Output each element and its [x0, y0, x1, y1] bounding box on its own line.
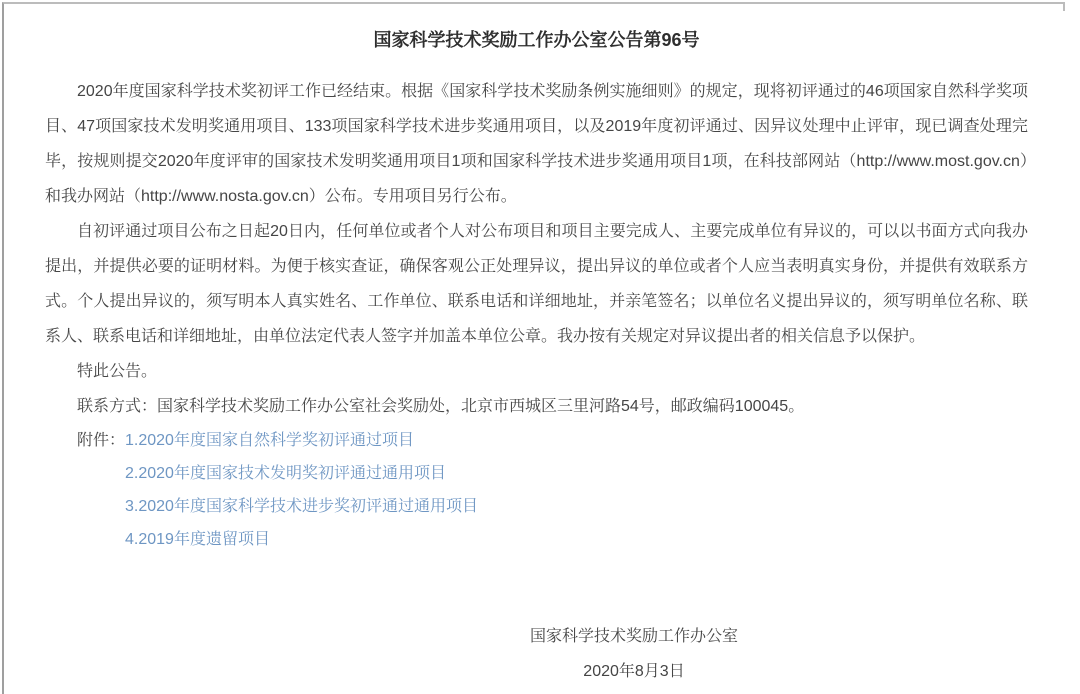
- attachment-link-2019-legacy[interactable]: 4.2019年度遗留项目: [125, 523, 478, 556]
- body-paragraph-intro: 2020年度国家科学技术奖初评工作已经结束。根据《国家科学技术奖励条例实施细则》…: [45, 74, 1028, 214]
- attachment-link-natural-science[interactable]: 1.2020年度国家自然科学奖初评通过项目: [125, 424, 478, 457]
- body-paragraph-contact: 联系方式：国家科学技术奖励工作办公室社会奖励处，北京市西城区三里河路54号，邮政…: [45, 389, 1028, 424]
- attachments-list: 1.2020年度国家自然科学奖初评通过项目 2.2020年度国家技术发明奖初评通…: [125, 424, 478, 556]
- page-border-tick: [1063, 2, 1065, 11]
- page-title: 国家科学技术奖励工作办公室公告第96号: [45, 26, 1028, 54]
- attachments-label: 附件：: [77, 424, 125, 556]
- announcement-date: 2020年8月3日: [240, 654, 1028, 689]
- signature-block: 国家科学技术奖励工作办公室 2020年8月3日: [240, 619, 1028, 689]
- attachment-link-tech-invention[interactable]: 2.2020年度国家技术发明奖初评通过通用项目: [125, 457, 478, 490]
- signature: 国家科学技术奖励工作办公室: [240, 619, 1028, 654]
- body-paragraph-notice: 特此公告。: [45, 354, 1028, 389]
- attachment-link-sci-tech-progress[interactable]: 3.2020年度国家科学技术进步奖初评通过通用项目: [125, 490, 478, 523]
- announcement-page: 国家科学技术奖励工作办公室公告第96号 2020年度国家科学技术奖初评工作已经结…: [2, 2, 1064, 694]
- attachments-section: 附件： 1.2020年度国家自然科学奖初评通过项目 2.2020年度国家技术发明…: [77, 424, 1028, 556]
- body-paragraph-objection: 自初评通过项目公布之日起20日内，任何单位或者个人对公布项目和项目主要完成人、主…: [45, 214, 1028, 354]
